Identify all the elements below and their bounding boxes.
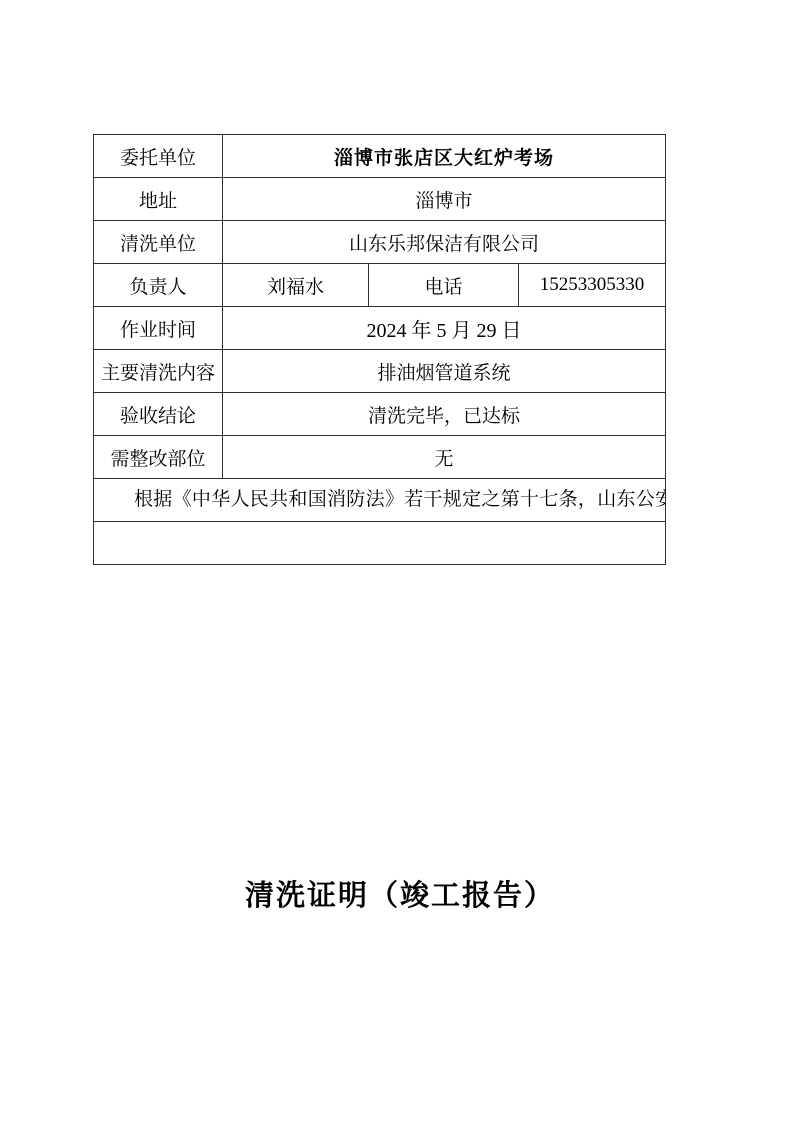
cleaning-content-label: 主要清洗内容	[94, 350, 223, 393]
work-time-label: 作业时间	[94, 307, 223, 350]
person-name: 刘福水	[223, 264, 369, 307]
cleaning-company-label: 清洗单位	[94, 221, 223, 264]
phone-number: 15253305330	[519, 264, 666, 307]
row-cleaning-company: 清洗单位 山东乐邦保洁有限公司	[94, 221, 666, 264]
phone-label: 电话	[369, 264, 519, 307]
row-legal-paragraph: 根据《中华人民共和国消防法》若干规定之第十七条，山东公安消防局鲁公消（防）字<1…	[94, 479, 666, 522]
legal-paragraph-cell: 根据《中华人民共和国消防法》若干规定之第十七条，山东公安消防局鲁公消（防）字<1…	[94, 479, 666, 522]
row-address: 地址 淄博市	[94, 178, 666, 221]
certificate-table: 委托单位 淄博市张店区大红炉考场 地址 淄博市 清洗单位 山东乐邦保洁有限公司 …	[93, 134, 666, 565]
work-time-value: 2024 年 5 月 29 日	[223, 307, 666, 350]
address-value: 淄博市	[223, 178, 666, 221]
address-label: 地址	[94, 178, 223, 221]
legal-paragraph-text: 根据《中华人民共和国消防法》若干规定之第十七条，山东公安消防局鲁公消（防）字<1…	[96, 479, 663, 521]
cleaning-company-value: 山东乐邦保洁有限公司	[223, 221, 666, 264]
document-page: 委托单位 淄博市张店区大红炉考场 地址 淄博市 清洗单位 山东乐邦保洁有限公司 …	[0, 0, 800, 1131]
row-rectification: 需整改部位 无	[94, 436, 666, 479]
cleaning-content-value: 排油烟管道系统	[223, 350, 666, 393]
row-cleaning-content: 主要清洗内容 排油烟管道系统	[94, 350, 666, 393]
rectification-value: 无	[223, 436, 666, 479]
client-unit-value: 淄博市张店区大红炉考场	[223, 135, 666, 178]
document-title: 清洗证明（竣工报告）	[0, 873, 800, 914]
signature-cell: 山东乐邦保洁有限公司 2024 年 5 月 29 日	[94, 522, 666, 565]
client-unit-label: 委托单位	[94, 135, 223, 178]
row-signature: 山东乐邦保洁有限公司 2024 年 5 月 29 日	[94, 522, 666, 565]
rectification-label: 需整改部位	[94, 436, 223, 479]
row-client-unit: 委托单位 淄博市张店区大红炉考场	[94, 135, 666, 178]
row-work-time: 作业时间 2024 年 5 月 29 日	[94, 307, 666, 350]
row-acceptance-conclusion: 验收结论 清洗完毕，已达标	[94, 393, 666, 436]
acceptance-conclusion-label: 验收结论	[94, 393, 223, 436]
acceptance-conclusion-value: 清洗完毕，已达标	[223, 393, 666, 436]
row-person-in-charge: 负责人 刘福水 电话 15253305330	[94, 264, 666, 307]
person-label: 负责人	[94, 264, 223, 307]
